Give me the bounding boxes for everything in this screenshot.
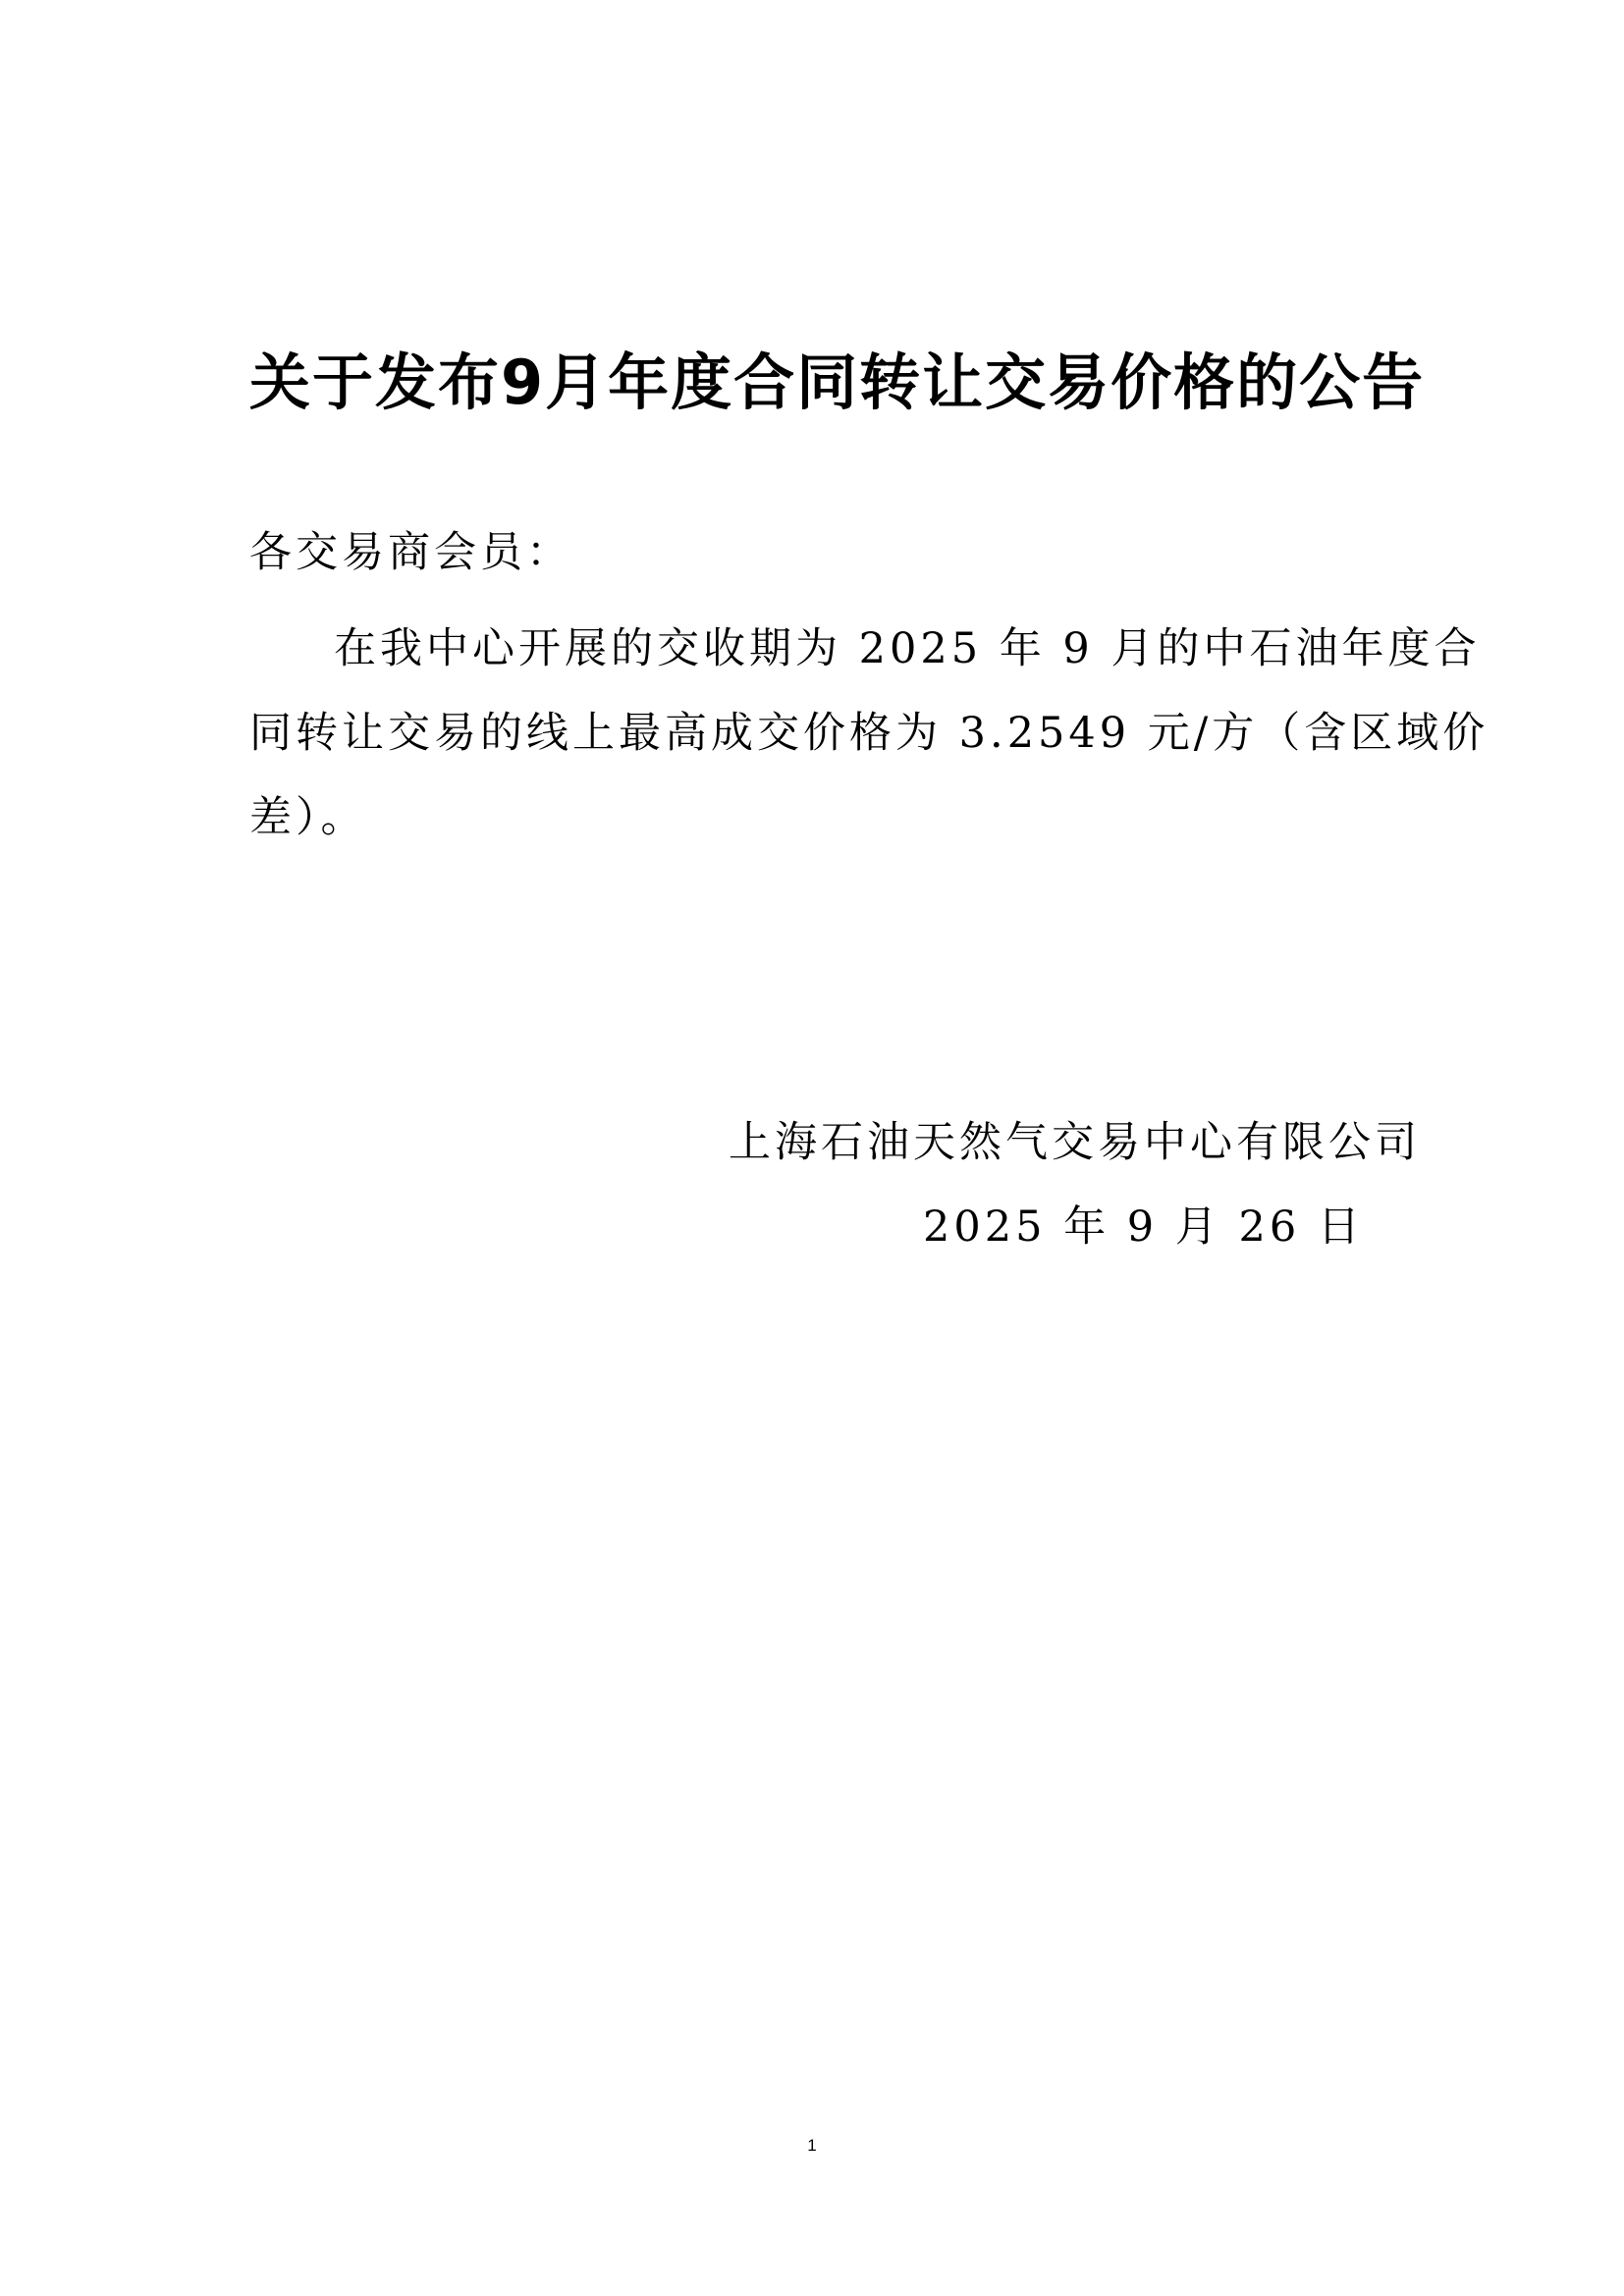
body-line-2: 同转让交易的线上最高成交价格为 3.2549 元/方（含区域价 (249, 691, 1388, 775)
page-number: 1 (802, 2136, 822, 2156)
body-paragraph: 在我中心开展的交收期为 2025 年 9 月的中石油年度合 同转让交易的线上最高… (249, 607, 1388, 860)
body-line-1: 在我中心开展的交收期为 2025 年 9 月的中石油年度合 (249, 607, 1388, 691)
salutation: 各交易商会员： (249, 525, 572, 580)
signature-date: 2025 年 9 月 26 日 (923, 1200, 1364, 1255)
signature-organization: 上海石油天然气交易中心有限公司 (729, 1115, 1421, 1170)
document-page: 关于发布9月年度合同转让交易价格的公告 各交易商会员： 在我中心开展的交收期为 … (0, 0, 1624, 2296)
body-line-3: 差）。 (249, 775, 1388, 860)
page-title: 关于发布9月年度合同转让交易价格的公告 (249, 344, 1388, 422)
